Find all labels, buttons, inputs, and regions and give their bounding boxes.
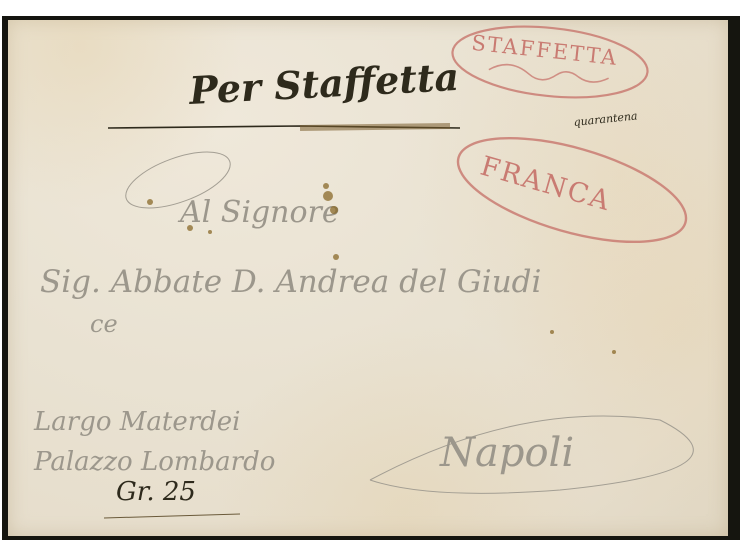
- franca-handstamp: FRANCA: [447, 117, 697, 263]
- staffetta-handstamp: STAFFETTA: [449, 18, 651, 106]
- address-line-1: Largo Materdei: [33, 407, 241, 437]
- addressee-line-2: ce: [90, 310, 118, 338]
- destination: Napoli: [439, 430, 574, 476]
- franca-stamp-text: FRANCA: [477, 151, 615, 218]
- cover-markings: STAFFETTA FRANCA quarantena Per Staffett…: [0, 0, 740, 557]
- docket-note: quarantena: [573, 109, 638, 129]
- salutation: Al Signore: [177, 195, 340, 230]
- addressee-line-1: Sig. Abbate D. Andrea del Giudi: [40, 264, 541, 300]
- route-marking: Per Staffetta: [187, 54, 460, 113]
- address-line-2: Palazzo Lombardo: [33, 447, 275, 477]
- rate-marking: Gr. 25: [116, 477, 196, 507]
